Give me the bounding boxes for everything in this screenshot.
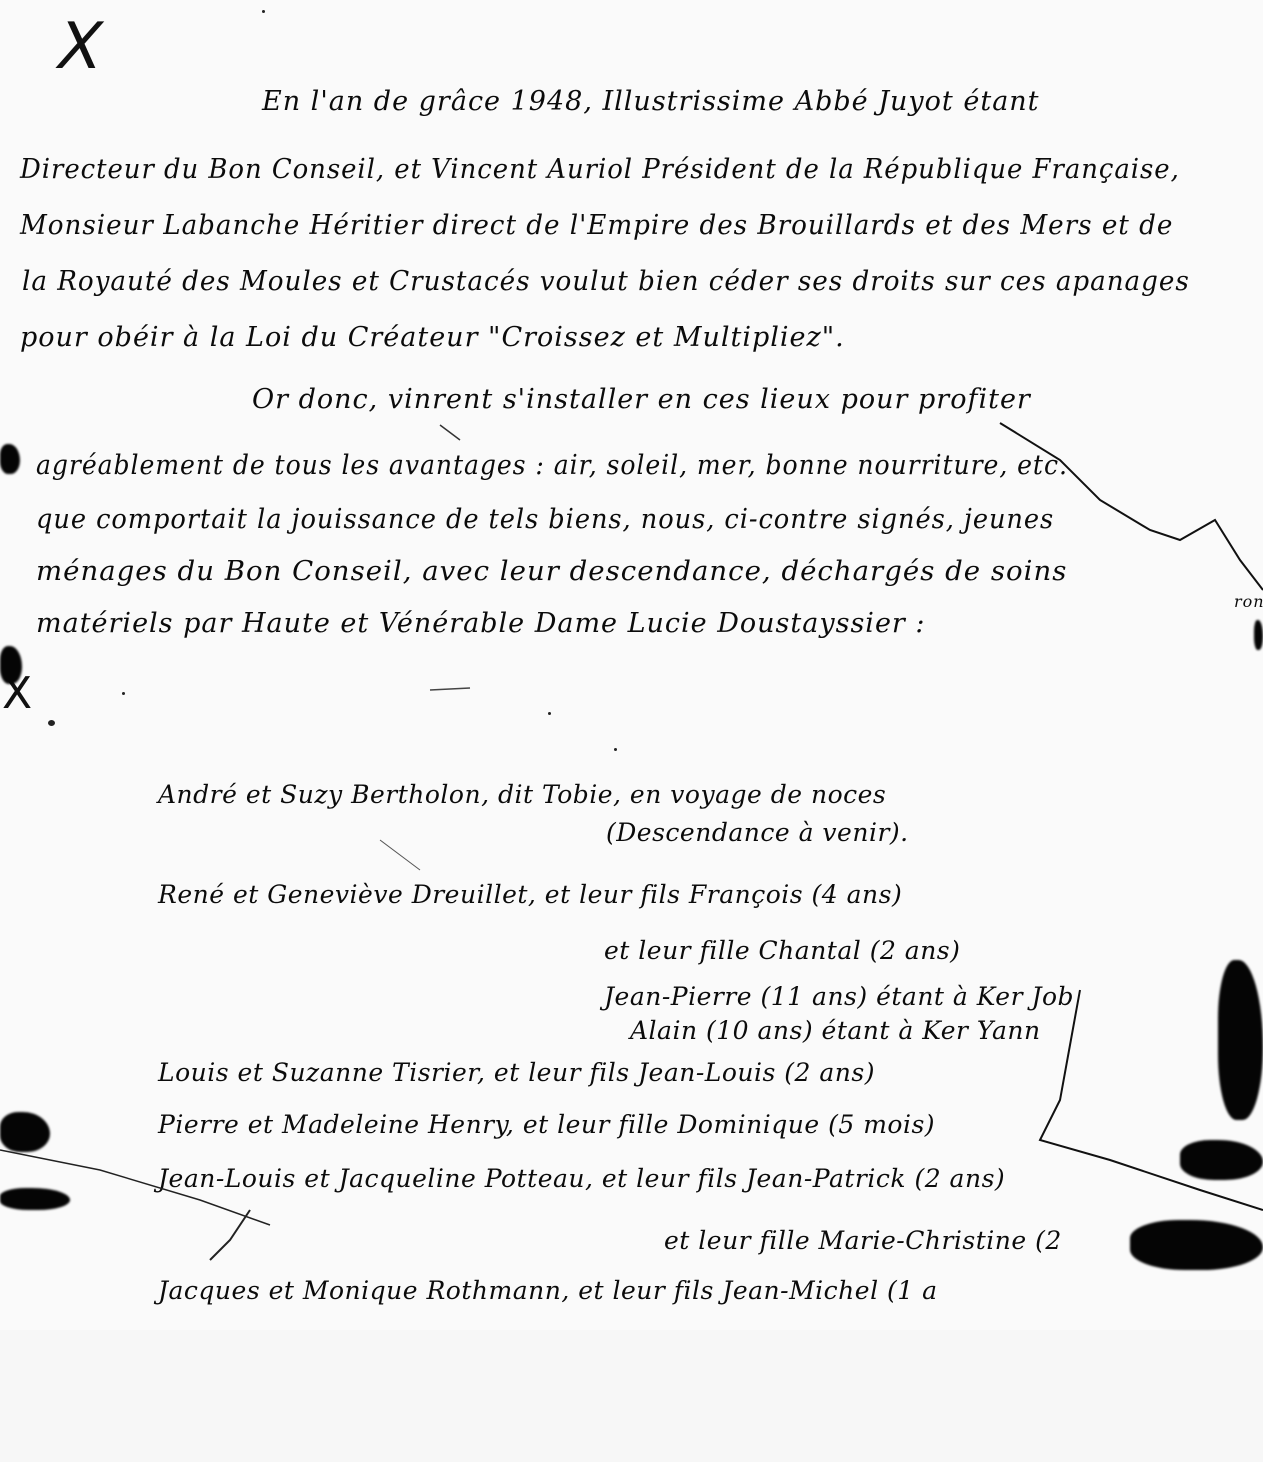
family-potteau-child-1: et leur fille Marie-Christine (2 <box>664 1226 1062 1255</box>
scanned-page: X En l'an de grâce 1948, Illustrissime A… <box>0 0 1263 1330</box>
paragraph-2-line-1: Or donc, vinrent s'installer en ces lieu… <box>252 384 1031 415</box>
margin-fragment-right: ron <box>1234 592 1263 611</box>
paragraph-2-line-3: que comportait la jouissance de tels bie… <box>36 504 1054 535</box>
corner-x-mark: X <box>50 10 110 84</box>
scan-blot <box>0 444 20 474</box>
scan-speck <box>548 712 551 715</box>
scan-blot <box>1254 620 1263 650</box>
scan-blot <box>0 1188 70 1210</box>
paragraph-1-line-3: Monsieur Labanche Héritier direct de l'E… <box>20 210 1173 241</box>
family-bertholon-note: (Descendance à venir). <box>606 818 909 847</box>
paragraph-1-line-1: En l'an de grâce 1948, Illustrissime Abb… <box>262 86 1040 117</box>
blank-area <box>0 1330 1263 1462</box>
paragraph-2-line-5: matériels par Haute et Vénérable Dame Lu… <box>36 608 926 639</box>
paragraph-1-line-5: pour obéir à la Loi du Créateur "Croisse… <box>20 322 845 353</box>
family-dreuillet-child-2: Jean-Pierre (11 ans) étant à Ker Job <box>604 982 1074 1011</box>
scan-speck <box>122 692 125 695</box>
scan-speck <box>48 720 55 726</box>
scan-blot <box>0 1112 50 1152</box>
scan-blot <box>1130 1220 1263 1270</box>
paragraph-1-line-2: Directeur du Bon Conseil, et Vincent Aur… <box>20 154 1180 185</box>
family-dreuillet-child-3: Alain (10 ans) étant à Ker Yann <box>630 1016 1041 1045</box>
family-bertholon: André et Suzy Bertholon, dit Tobie, en v… <box>158 780 886 809</box>
family-dreuillet: René et Geneviève Dreuillet, et leur fil… <box>158 880 902 909</box>
family-potteau: Jean-Louis et Jacqueline Potteau, et leu… <box>158 1164 1005 1193</box>
family-dreuillet-child-1: et leur fille Chantal (2 ans) <box>604 936 960 965</box>
paragraph-2-line-4: ménages du Bon Conseil, avec leur descen… <box>36 556 1067 587</box>
scan-blot <box>0 646 22 684</box>
family-tisrier: Louis et Suzanne Tisrier, et leur fils J… <box>158 1058 875 1087</box>
paragraph-2-line-2: agréablement de tous les avantages : air… <box>36 450 1068 481</box>
scan-speck <box>614 748 617 751</box>
paragraph-1-line-4: la Royauté des Moules et Crustacés voulu… <box>22 266 1190 297</box>
family-henry: Pierre et Madeleine Henry, et leur fille… <box>158 1110 935 1139</box>
scan-blot <box>1180 1140 1263 1180</box>
family-rothmann: Jacques et Monique Rothmann, et leur fil… <box>158 1276 938 1305</box>
scan-blot <box>1218 960 1263 1120</box>
scan-speck <box>262 10 265 13</box>
